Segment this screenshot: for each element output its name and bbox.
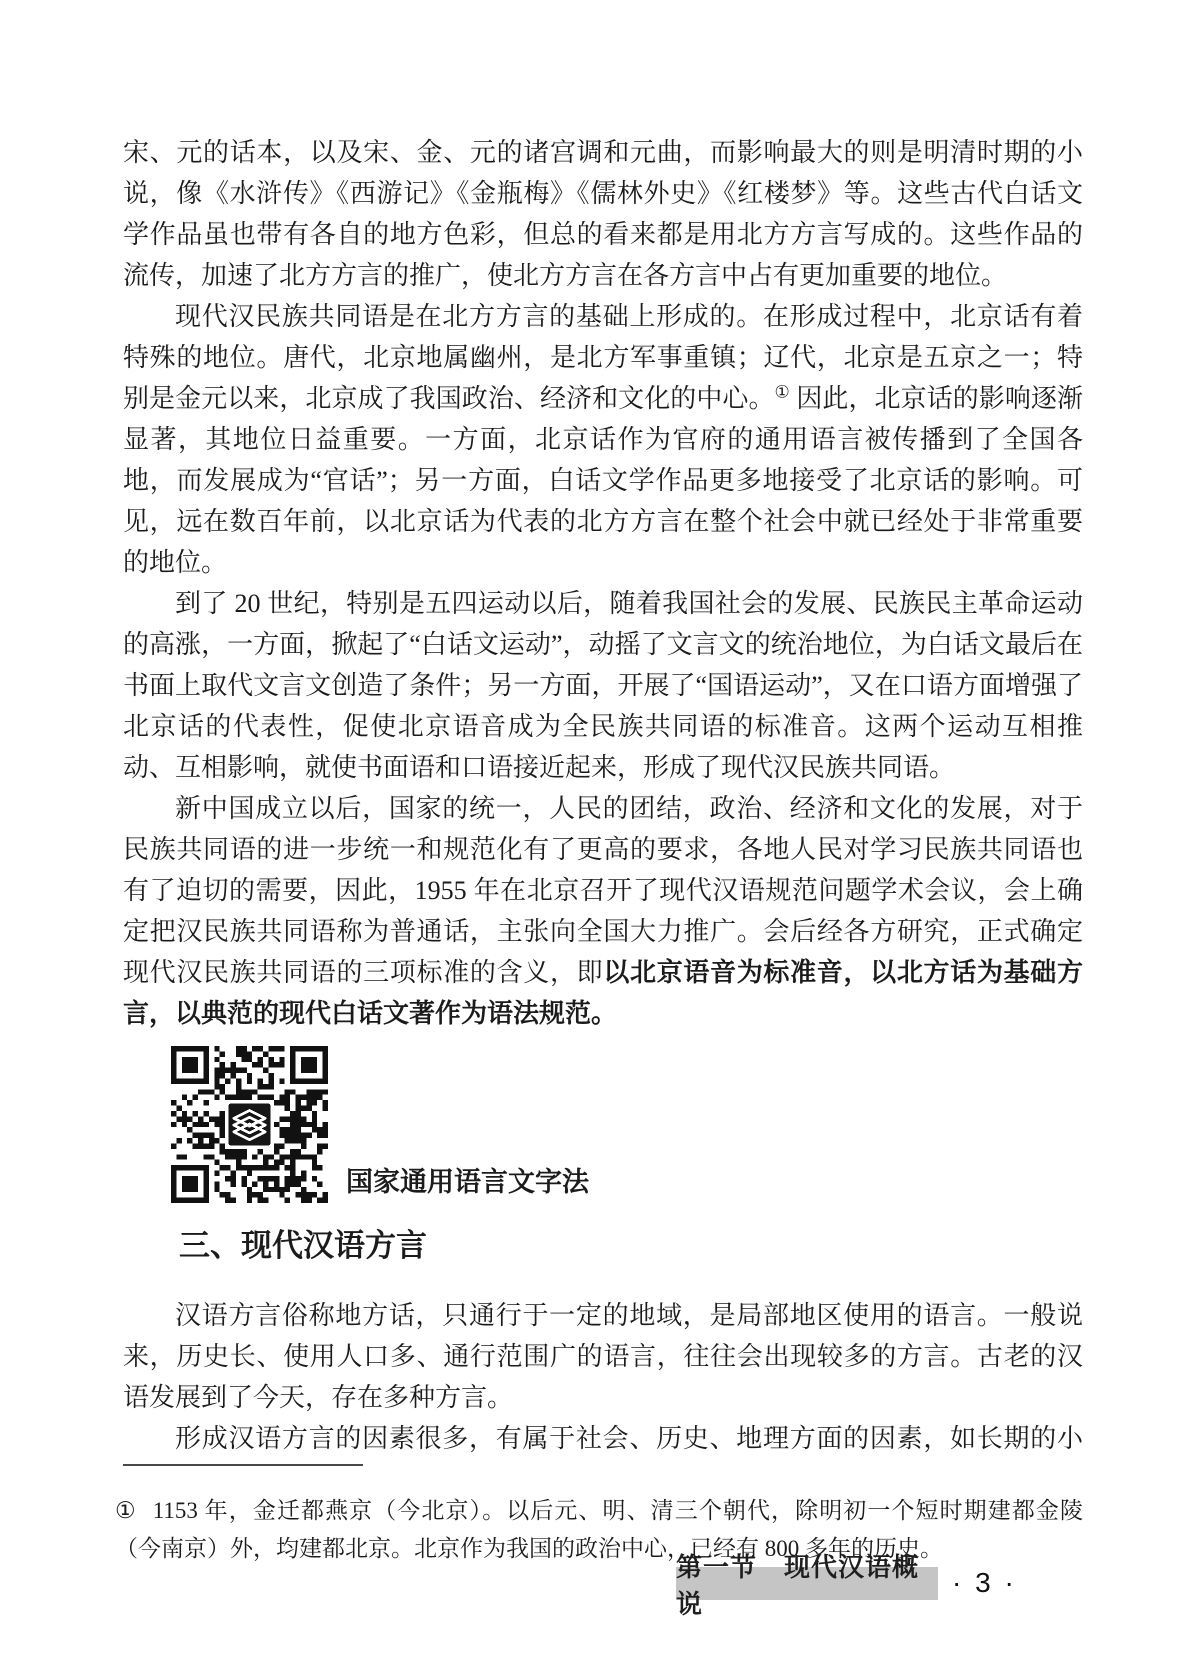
qr-caption: 国家通用语言文字法 <box>346 1167 589 1197</box>
book-page: 宋、元的话本，以及宋、金、元的诸宫调和元曲，而影响最大的则是明清时期的小说，像《… <box>0 0 1200 1669</box>
paragraph-continued: 宋、元的话本，以及宋、金、元的诸宫调和元曲，而影响最大的则是明清时期的小说，像《… <box>123 132 1083 296</box>
footer-page-number: · 3 · <box>952 1565 1017 1601</box>
paragraph-20th-century: 到了 20 世纪，特别是五四运动以后，随着我国社会的发展、民族民主革命运动的高涨… <box>123 583 1083 788</box>
qr-block: 国家通用语言文字法 <box>171 1046 1083 1203</box>
footer-section-bar: 第一节 现代汉语概说 <box>676 1567 938 1600</box>
qr-code-image <box>171 1046 328 1203</box>
footer-section-label: 第一节 现代汉语概说 <box>676 1547 938 1621</box>
paragraph-new-china: 新中国成立以后，国家的统一，人民的团结，政治、经济和文化的发展，对于民族共同语的… <box>123 788 1083 1034</box>
paragraph-dialect-intro: 汉语方言俗称地方话，只通行于一定的地域，是局部地区使用的语言。一般说来，历史长、… <box>123 1295 1083 1418</box>
qr-code <box>171 1046 328 1203</box>
footnote-reference-mark: ① <box>775 382 790 401</box>
section-heading-dialects: 三、现代汉语方言 <box>179 1229 1083 1263</box>
paragraph-common-language: 现代汉民族共同语是在北方方言的基础上形成的。在形成过程中，北京话有着特殊的地位。… <box>123 296 1083 583</box>
footnote-divider <box>123 1464 363 1466</box>
paragraph-dialect-factors: 形成汉语方言的因素很多，有属于社会、历史、地理方面的因素，如长期的小 <box>123 1418 1083 1459</box>
footnote-marker: ① <box>115 1498 137 1523</box>
body-text: 宋、元的话本，以及宋、金、元的诸宫调和元曲，而影响最大的则是明清时期的小说，像《… <box>123 132 1083 1459</box>
